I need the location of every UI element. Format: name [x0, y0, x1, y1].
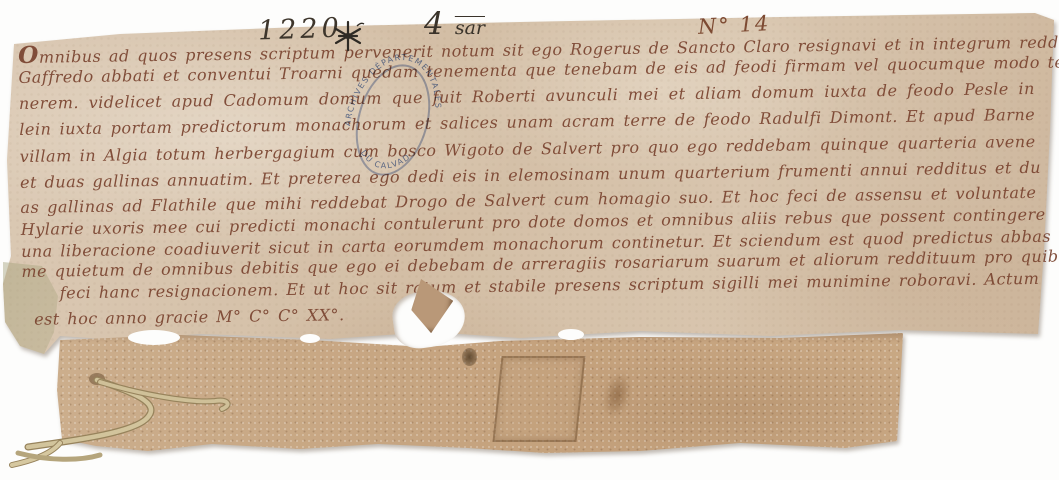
parchment-tear-gap — [128, 330, 180, 345]
scanned-charter-page: Omnibus ad quos presens scriptum pervene… — [0, 0, 1059, 480]
parchment-tear-gap — [558, 329, 584, 340]
shelfmark-word: sar — [455, 17, 485, 39]
shelfmark-number: 4 — [424, 6, 444, 42]
fold-patch-outline — [492, 356, 585, 442]
seal-tie-strings — [0, 355, 280, 480]
ink-spot — [462, 348, 477, 366]
manuscript-text-block: Omnibus ad quos presens scriptum pervene… — [18, 27, 1040, 342]
parchment-tear-gap — [300, 334, 320, 343]
manuscript-line-dating-clause: est hoc anno gracie M° C° C° XX°. — [34, 305, 354, 329]
star-mark-icon — [330, 18, 366, 54]
annotation-shelfmark: 4 sar — [424, 6, 485, 42]
stamp-arc-top-text: ARCHIVES DÉPARTEMENTALES — [342, 45, 455, 150]
annotation-archive-number: N° 14 — [697, 11, 770, 39]
tie-string-secondary — [100, 382, 228, 409]
tie-string-lower — [18, 453, 100, 459]
archive-stamp: ARCHIVES DÉPARTEMENTALES DU CALVADOS — [328, 45, 458, 195]
